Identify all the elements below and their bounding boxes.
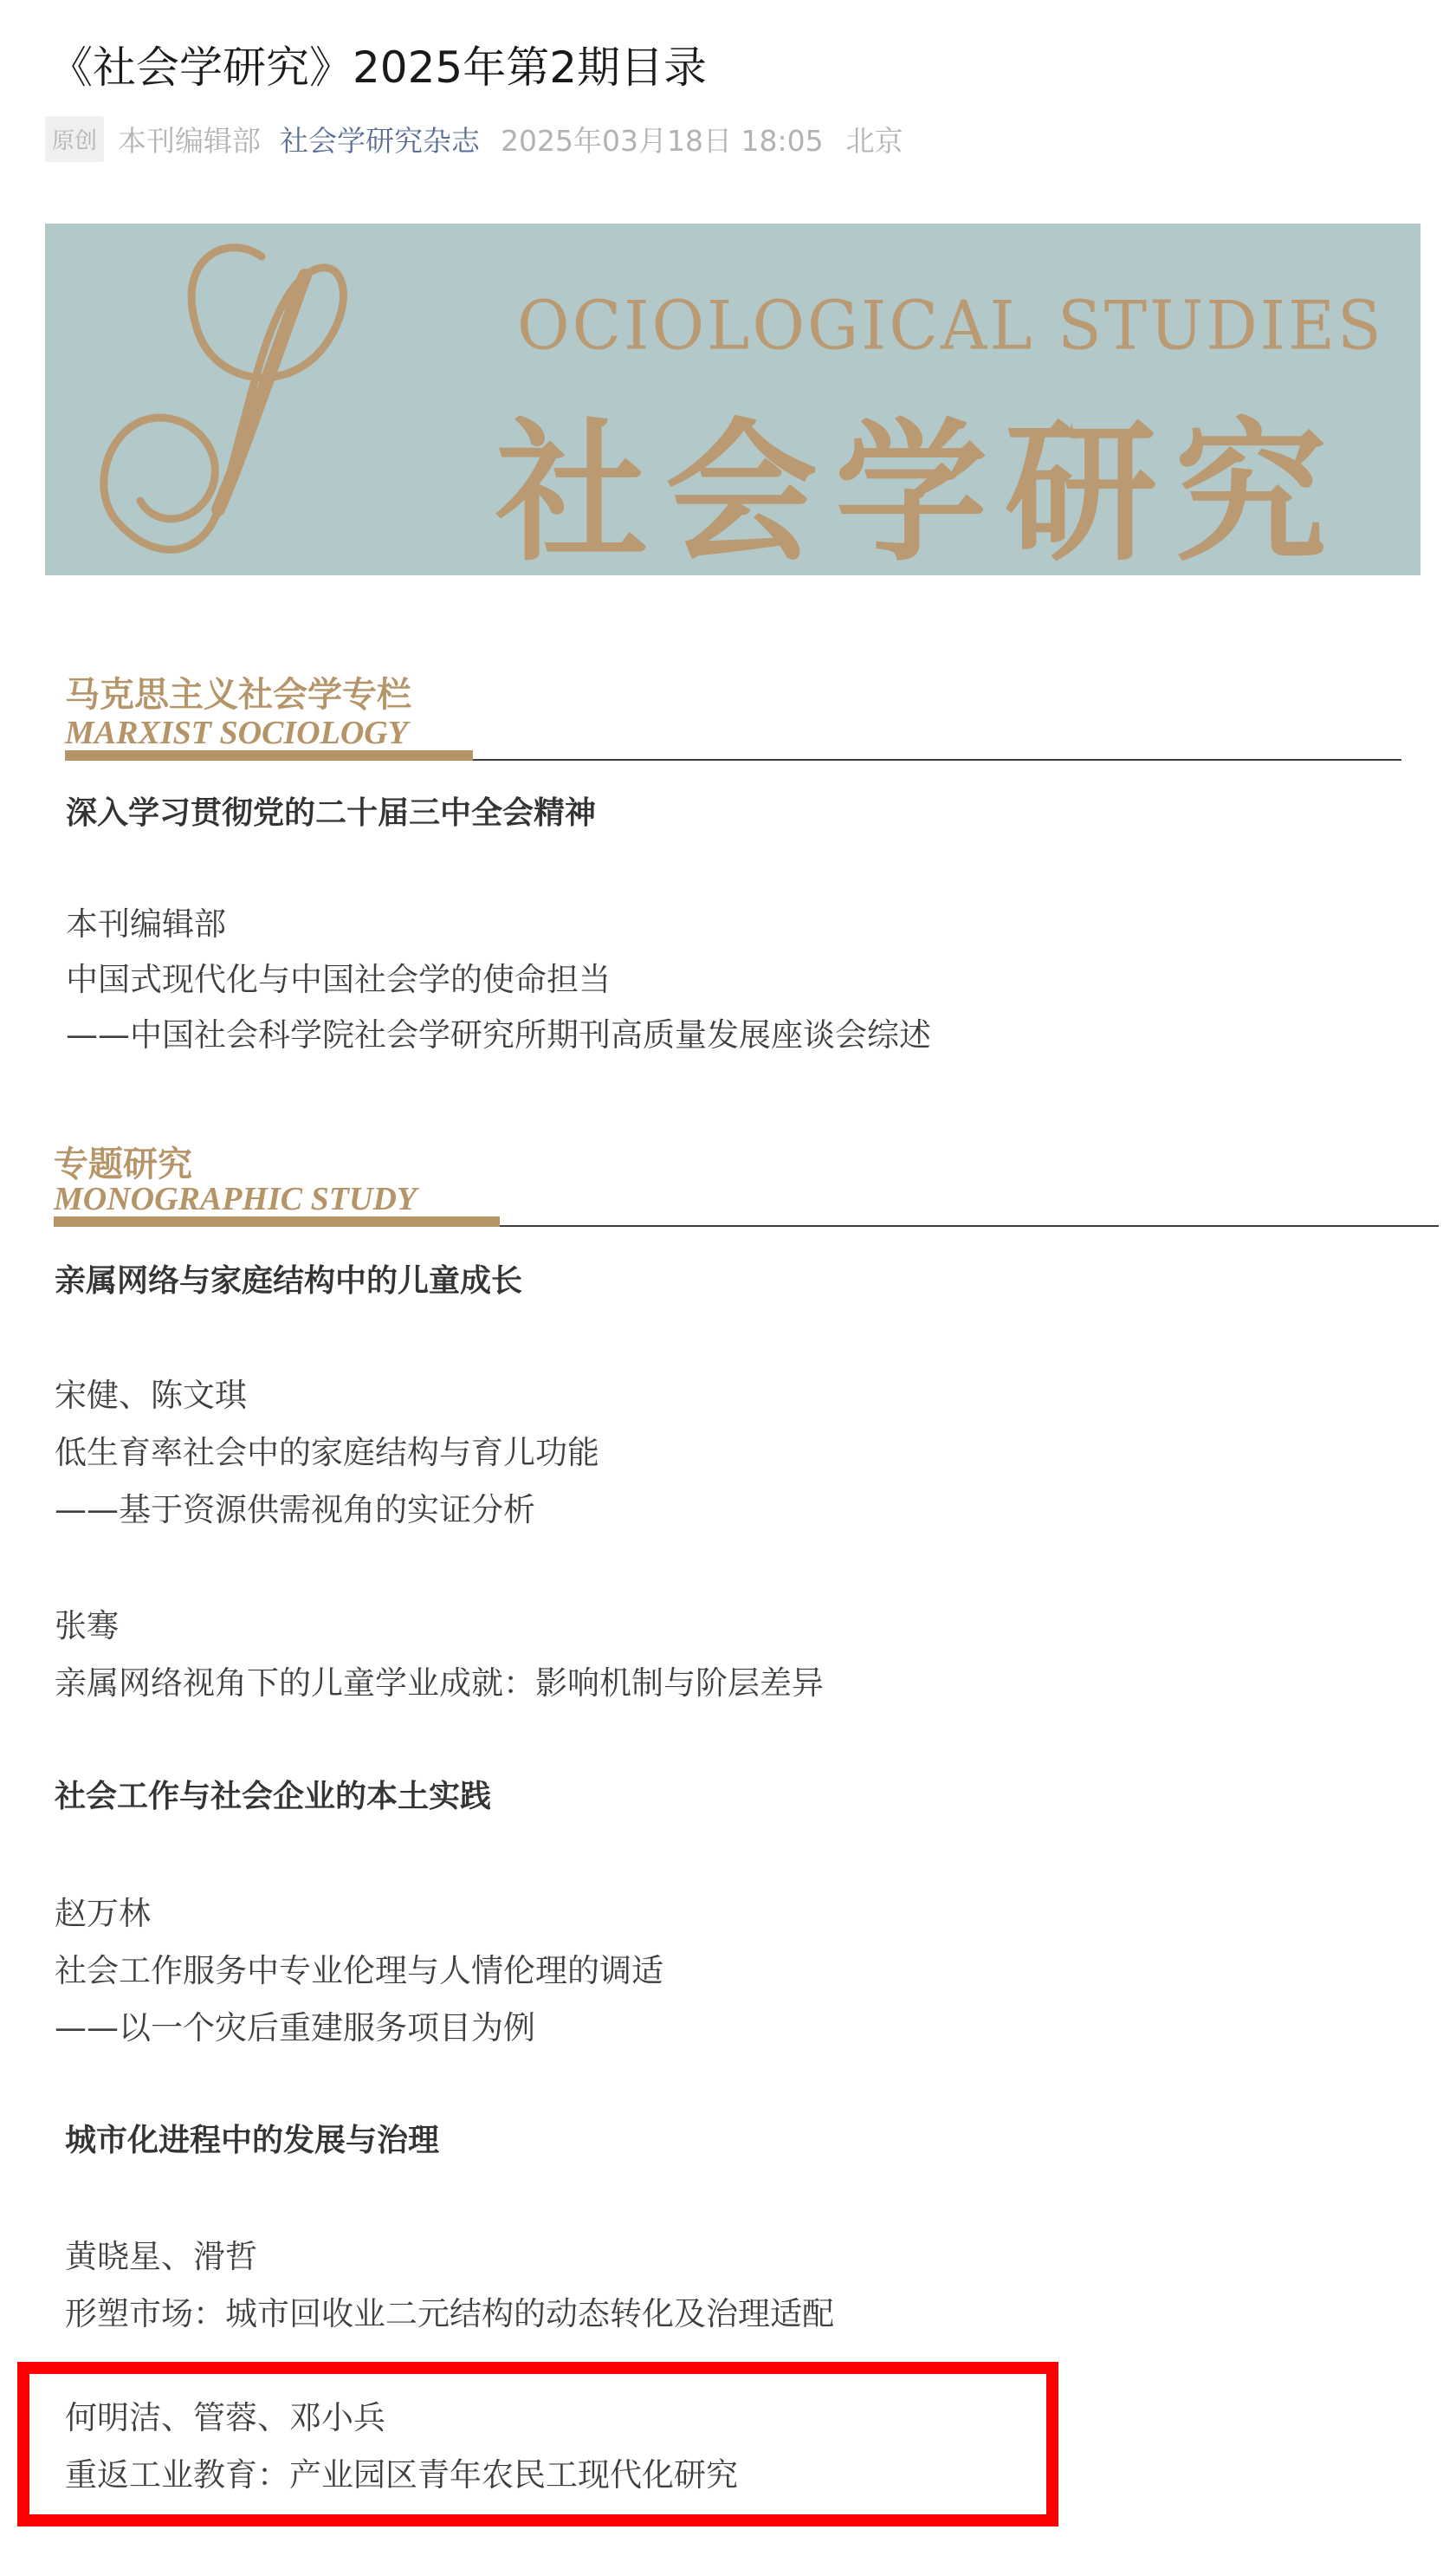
article-authors: 宋健、陈文琪: [55, 1369, 247, 1416]
article-authors: 赵万林: [55, 1887, 151, 1934]
banner-chinese-title: 社会学研究: [495, 371, 1344, 575]
section-divider: [473, 759, 1401, 761]
topic-heading: 深入学习贯彻党的二十届三中全会精神: [66, 788, 596, 833]
publish-location: 北京: [846, 119, 903, 159]
article-subtitle: ——基于资源供需视角的实证分析: [55, 1483, 535, 1530]
account-name-link[interactable]: 社会学研究杂志: [280, 119, 480, 159]
original-badge: 原创: [45, 116, 104, 162]
article-authors: 黄晓星、滑哲: [65, 2230, 257, 2277]
publish-time: 2025年03月18日 18:05: [501, 119, 824, 159]
article-title-link[interactable]: 低生育率社会中的家庭结构与育儿功能: [55, 1426, 599, 1473]
article-authors: 张骞: [55, 1599, 119, 1646]
article-title-link[interactable]: 亲属网络视角下的儿童学业成就：影响机制与阶层差异: [55, 1657, 824, 1703]
section-title-en: MARXIST SOCIOLOGY: [65, 714, 408, 752]
topic-heading: 城市化进程中的发展与治理: [65, 2116, 439, 2160]
article-authors: 本刊编辑部: [66, 898, 226, 944]
section-title-cn: 专题研究: [54, 1137, 192, 1186]
meta-author: 本刊编辑部: [118, 119, 261, 159]
article-title-link[interactable]: 重返工业教育：产业园区青年农民工现代化研究: [65, 2448, 738, 2495]
journal-banner-image: OCIOLOGICAL STUDIES 社会学研究: [45, 224, 1420, 575]
section-title-cn: 马克思主义社会学专栏: [65, 667, 411, 717]
article-subtitle: ——中国社会科学院社会学研究所期刊高质量发展座谈会综述: [66, 1009, 931, 1055]
article-title-link[interactable]: 中国式现代化与中国社会学的使命担当: [66, 953, 611, 1000]
article-subtitle: ——以一个灾后重建服务项目为例: [55, 2001, 535, 2048]
topic-heading: 社会工作与社会企业的本土实践: [55, 1772, 491, 1816]
section-title-en: MONOGRAPHIC STUDY: [54, 1180, 417, 1218]
article-authors: 何明洁、管蓉、邓小兵: [65, 2391, 385, 2438]
banner-english-title: OCIOLOGICAL STUDIES: [517, 287, 1384, 365]
article-meta: 原创 本刊编辑部 社会学研究杂志 2025年03月18日 18:05 北京: [45, 120, 903, 158]
section-accent-bar: [65, 750, 473, 761]
section-accent-bar: [54, 1216, 500, 1227]
highlight-box: [17, 2362, 1058, 2526]
section-divider: [500, 1225, 1439, 1227]
article-title: 《社会学研究》2025年第2期目录: [49, 33, 707, 95]
article-title-link[interactable]: 社会工作服务中专业伦理与人情伦理的调适: [55, 1944, 663, 1991]
article-title-link[interactable]: 形塑市场：城市回收业二元结构的动态转化及治理适配: [65, 2287, 834, 2334]
topic-heading: 亲属网络与家庭结构中的儿童成长: [55, 1256, 522, 1300]
